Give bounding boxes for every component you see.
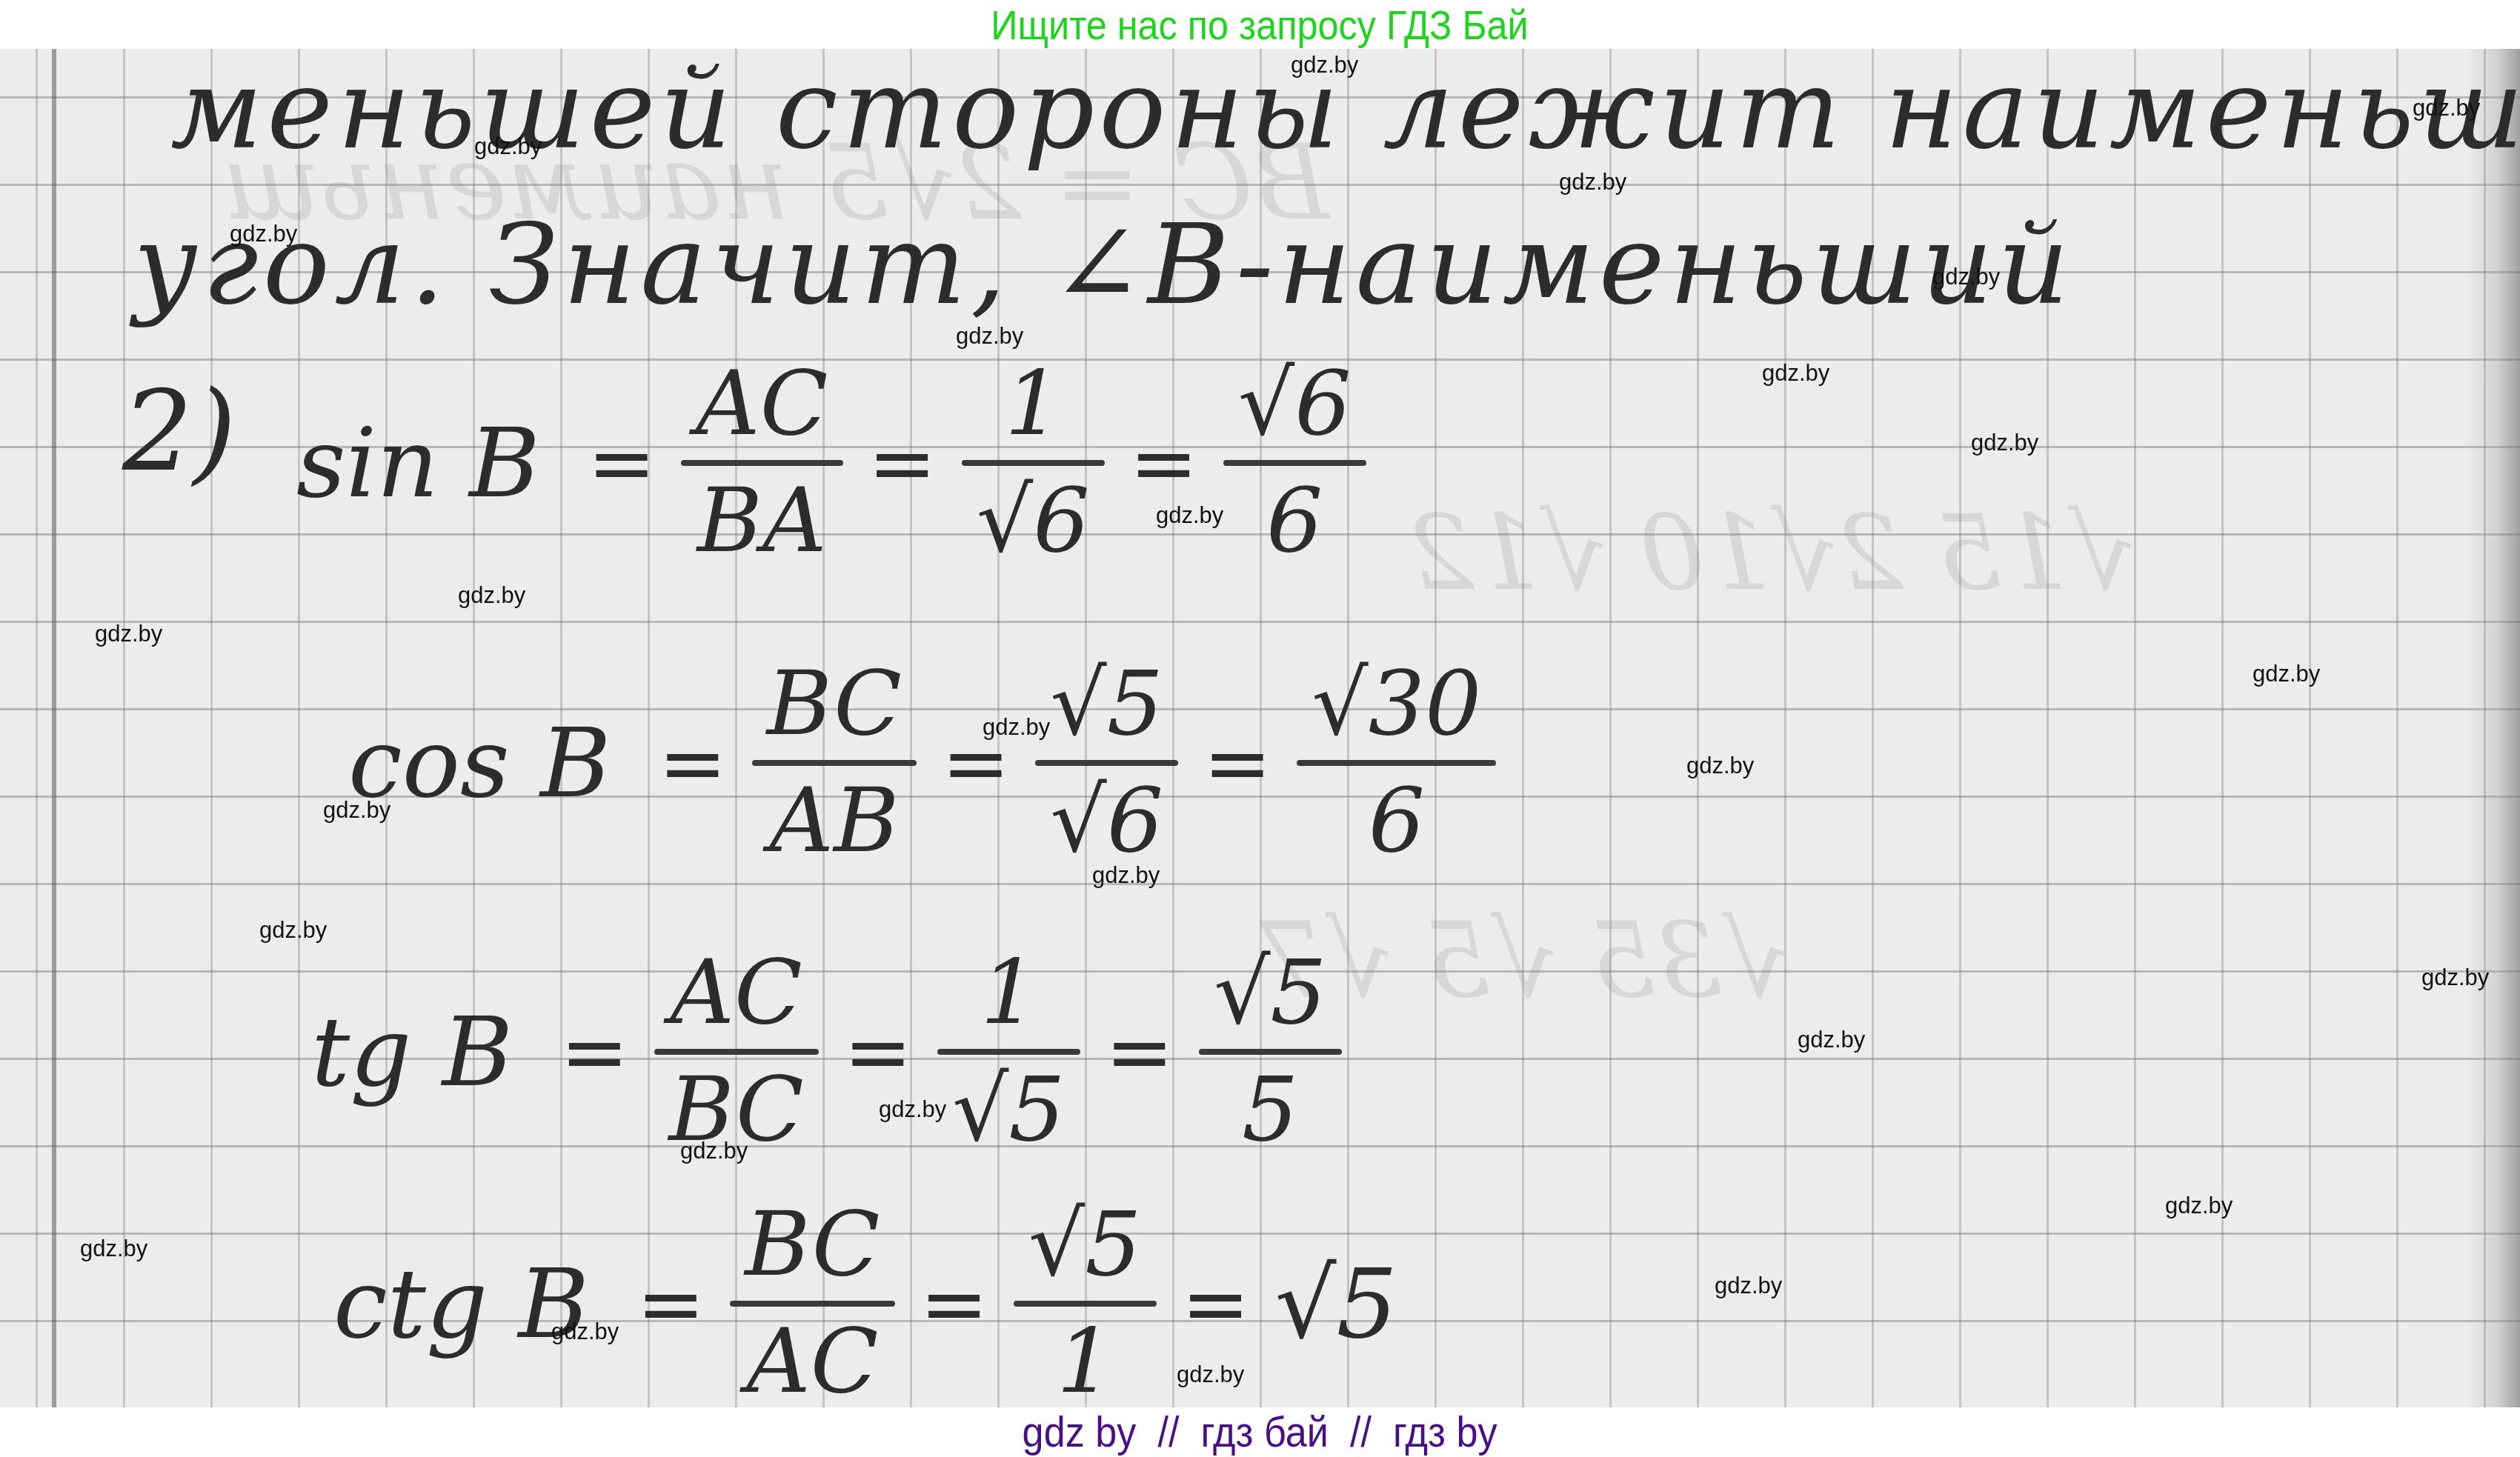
watermark: gdz.by: [1177, 1361, 1244, 1388]
fraction: AC BA: [681, 349, 842, 577]
equation-tg: tg B = AC BC = 1 √5 = √5 5: [311, 938, 1342, 1166]
denominator: √6: [962, 466, 1105, 577]
watermark: gdz.by: [1932, 264, 2000, 290]
equals-sign: =: [560, 1004, 628, 1099]
equals-sign: =: [588, 416, 656, 510]
watermark: gdz.by: [323, 797, 390, 824]
top-banner: Ищите нас по запросу ГДЗ Бай: [0, 0, 2520, 49]
denominator: BA: [682, 466, 842, 577]
watermark: gdz.by: [680, 1138, 748, 1164]
fraction: AC BC: [654, 938, 819, 1166]
fraction-bar: [1223, 460, 1366, 466]
numerator: √30: [1297, 649, 1496, 760]
numerator: BC: [730, 1190, 894, 1301]
numerator: √5: [1035, 649, 1178, 760]
numerator: √5: [1199, 938, 1342, 1049]
fraction-bar: [1014, 1301, 1157, 1307]
watermark: gdz.by: [551, 1318, 619, 1345]
watermark: gdz.by: [956, 323, 1023, 350]
watermark: gdz.by: [259, 917, 327, 944]
item-number: 2): [122, 367, 236, 496]
watermark: gdz.by: [983, 714, 1050, 741]
equals-sign: =: [636, 1256, 705, 1351]
watermark: gdz.by: [458, 582, 525, 609]
equals-sign: =: [844, 1004, 912, 1099]
numerator: AC: [655, 938, 817, 1049]
fraction-bar: [752, 760, 917, 766]
denominator: 5: [1227, 1055, 1313, 1166]
watermark: gdz.by: [1559, 169, 1626, 196]
watermark: gdz.by: [2253, 661, 2320, 687]
watermark: gdz.by: [1762, 360, 1829, 387]
fraction-bar: [681, 460, 842, 466]
result-value: √5: [1275, 1247, 1398, 1360]
fraction: √5 5: [1199, 938, 1342, 1166]
watermark: gdz.by: [80, 1236, 147, 1262]
numerator: AC: [681, 349, 842, 460]
equals-sign: =: [1203, 716, 1271, 810]
fraction-bar: [730, 1301, 894, 1307]
numerator: √6: [1223, 349, 1366, 460]
watermark: gdz.by: [474, 133, 542, 160]
notebook-page: ВС = 2√5 наименьш √15 2√10 √12 √35 √5 √7…: [0, 49, 2520, 1407]
bleed-through-text: √15 2√10 √12: [1408, 493, 2134, 614]
fraction-bar: [937, 1049, 1080, 1055]
fraction: √5 1: [1014, 1190, 1157, 1407]
watermark: gdz.by: [2165, 1193, 2233, 1219]
fraction: √5 √6: [1035, 649, 1178, 877]
fraction: √6 6: [1223, 349, 1366, 577]
equals-sign: =: [868, 416, 937, 510]
denominator: 1: [1042, 1307, 1128, 1407]
banner-text: Ищите нас по запросу ГДЗ Бай: [991, 1, 1529, 49]
watermark: gdz.by: [1686, 753, 1754, 779]
watermark: gdz.by: [1798, 1027, 1865, 1053]
fraction: 1 √5: [937, 938, 1080, 1166]
equals-sign: =: [1106, 1004, 1174, 1099]
fraction: BC AC: [730, 1190, 894, 1407]
watermark: gdz.by: [1971, 430, 2038, 456]
watermark: gdz.by: [1156, 502, 1223, 529]
equation-cos: cos B = BC AB = √5 √6 = √30 6: [348, 649, 1496, 877]
fraction-bar: [962, 460, 1105, 466]
watermark: gdz.by: [1092, 862, 1160, 889]
fraction: √30 6: [1297, 649, 1496, 877]
watermark: gdz.by: [2421, 964, 2489, 991]
fraction-bar: [1297, 760, 1496, 766]
equals-sign: =: [1130, 416, 1198, 510]
fraction-bar: [1035, 760, 1178, 766]
watermark: gdz.by: [2413, 95, 2480, 121]
equation-lhs: tg B: [311, 996, 513, 1108]
denominator: √6: [1035, 766, 1178, 877]
equals-sign: =: [659, 716, 727, 810]
numerator: BC: [752, 649, 917, 760]
banner-text: gdz by // гдз бай // гдз by: [1023, 1407, 1497, 1457]
numerator: 1: [990, 349, 1076, 460]
equation-sin: sin B = AC BA = 1 √6 = √6 6: [296, 349, 1366, 577]
equals-sign: =: [920, 1256, 988, 1351]
handwritten-line-2: угол. Значит, ∠B-наименьший: [133, 201, 2073, 330]
equals-sign: =: [1182, 1256, 1250, 1351]
watermark: gdz.by: [95, 621, 162, 647]
watermark: gdz.by: [230, 221, 297, 247]
margin-line: [52, 49, 56, 1407]
denominator: AC: [731, 1307, 893, 1407]
denominator: 6: [1251, 466, 1337, 577]
denominator: AB: [755, 766, 914, 877]
fraction-bar: [1199, 1049, 1342, 1055]
denominator: √5: [937, 1055, 1080, 1166]
fraction: 1 √6: [962, 349, 1105, 577]
numerator: 1: [965, 938, 1051, 1049]
denominator: 6: [1354, 766, 1440, 877]
numerator: √5: [1014, 1190, 1157, 1301]
watermark: gdz.by: [1291, 52, 1358, 79]
bottom-banner: gdz by // гдз бай // гдз by: [0, 1407, 2520, 1457]
equation-lhs: sin B: [296, 407, 540, 519]
watermark: gdz.by: [1715, 1273, 1782, 1299]
fraction-bar: [654, 1049, 819, 1055]
watermark: gdz.by: [879, 1096, 946, 1123]
fraction: BC AB: [752, 649, 917, 877]
